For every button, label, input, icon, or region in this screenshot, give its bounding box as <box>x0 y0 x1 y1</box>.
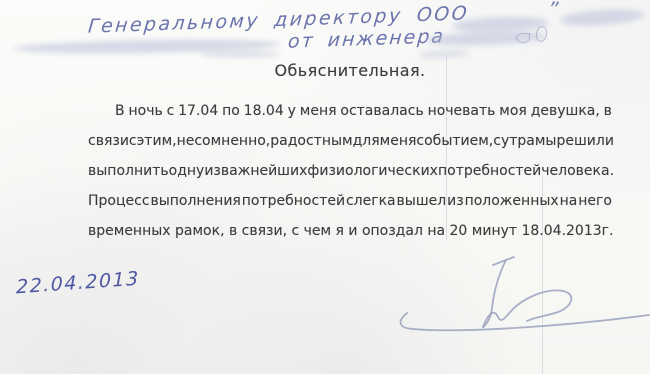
ink-smudge-redaction <box>200 50 280 58</box>
erased-ink-remnant <box>516 33 530 43</box>
signature-scribble <box>393 243 650 348</box>
body-line-2: связисэтим,несомненно,радостнымдляменясо… <box>88 126 612 156</box>
erased-ink-remnant <box>535 25 549 43</box>
ink-smudge-redaction <box>560 7 645 28</box>
body-line-1: Вночьс17.04по18.04уменяоставаласьночеват… <box>88 96 612 126</box>
document-title: Обьяснительная. <box>88 61 612 80</box>
handwritten-quote-mark: ” <box>547 0 559 21</box>
body-line-5: временных рамок, в связи, с чем я и опоз… <box>88 216 612 246</box>
handwritten-date: 22.04.2013 <box>16 268 139 299</box>
body-paragraph: Вночьс17.04по18.04уменяоставаласьночеват… <box>88 96 612 246</box>
body-line-4: Процессвыполненияпотребностейслегкавышел… <box>88 186 612 216</box>
handwritten-from-line: от инженера <box>287 25 446 53</box>
body-line-3: выполнитьоднуизважнейшихфизиологическихп… <box>88 156 612 186</box>
scanned-explanatory-note: Генеральному директору ООО ” от инженера… <box>0 0 650 374</box>
ink-smudge-redaction <box>418 49 470 60</box>
